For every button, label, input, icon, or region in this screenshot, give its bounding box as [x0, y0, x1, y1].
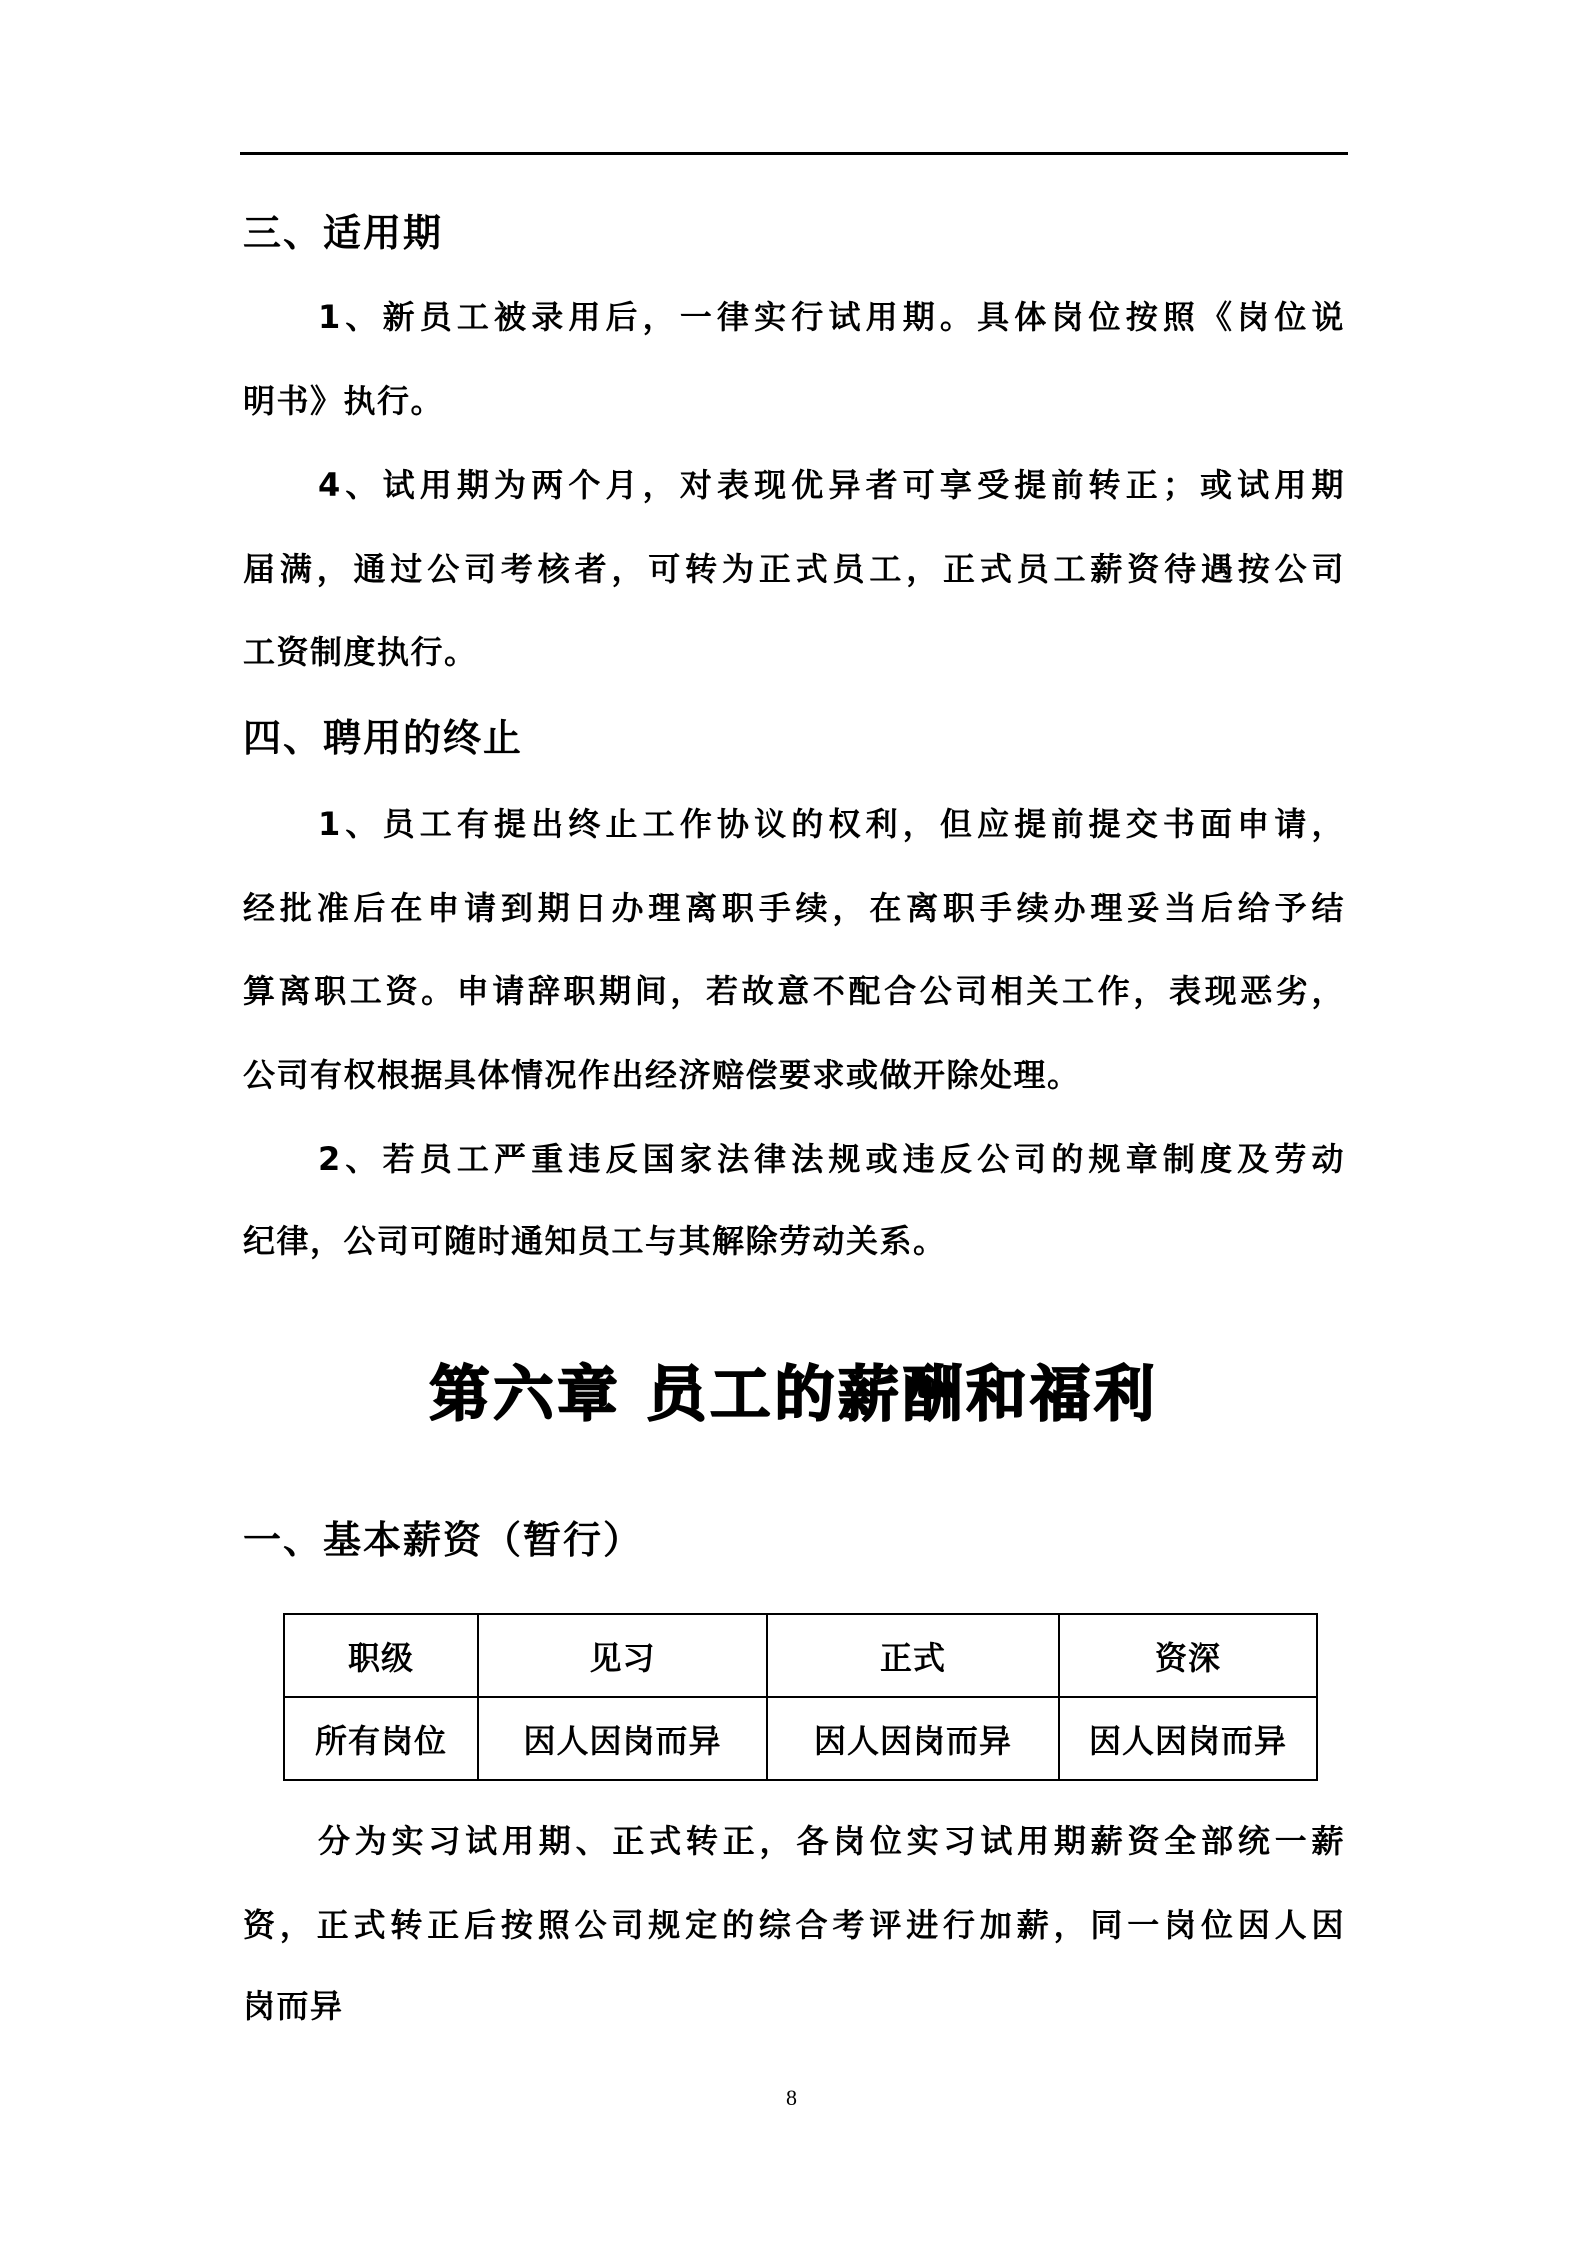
section-heading-probation: 三、适用期	[243, 210, 443, 256]
table-header-cell: 见习	[478, 1614, 767, 1697]
header-rule	[240, 152, 1348, 155]
paragraph-line: 明书》执行。	[243, 381, 1345, 421]
paragraph-line: 经批准后在申请到期日办理离职手续，在离职手续办理妥当后给予结	[243, 888, 1345, 928]
table-cell: 因人因岗而异	[478, 1697, 767, 1780]
table-cell: 因人因岗而异	[1059, 1697, 1317, 1780]
table-cell: 所有岗位	[284, 1697, 478, 1780]
paragraph-line: 1、新员工被录用后，一律实行试用期。具体岗位按照《岗位说	[318, 297, 1345, 337]
table-header-cell: 正式	[767, 1614, 1059, 1697]
chapter-title: 第六章 员工的薪酬和福利	[243, 1355, 1345, 1435]
section-heading-basic-salary: 一、基本薪资（暂行）	[243, 1517, 643, 1563]
salary-table: 职级 见习 正式 资深 所有岗位 因人因岗而异 因人因岗而异 因人因岗而异	[283, 1613, 1318, 1781]
paragraph-line: 工资制度执行。	[243, 632, 1345, 672]
table-cell: 因人因岗而异	[767, 1697, 1059, 1780]
table-header-row: 职级 见习 正式 资深	[284, 1614, 1317, 1697]
paragraph-line: 公司有权根据具体情况作出经济赔偿要求或做开除处理。	[243, 1055, 1345, 1095]
paragraph-line: 2、若员工严重违反国家法律法规或违反公司的规章制度及劳动	[318, 1139, 1345, 1179]
paragraph-line: 纪律，公司可随时通知员工与其解除劳动关系。	[243, 1221, 1345, 1261]
section-heading-termination: 四、聘用的终止	[243, 715, 523, 761]
table-row: 所有岗位 因人因岗而异 因人因岗而异 因人因岗而异	[284, 1697, 1317, 1780]
paragraph-line: 岗而异	[243, 1986, 1345, 2026]
paragraph-line: 届满，通过公司考核者，可转为正式员工，正式员工薪资待遇按公司	[243, 549, 1345, 589]
paragraph-line: 1、员工有提出终止工作协议的权利，但应提前提交书面申请，	[318, 804, 1345, 844]
paragraph-line: 资，正式转正后按照公司规定的综合考评进行加薪，同一岗位因人因	[243, 1905, 1345, 1945]
table-header-cell: 职级	[284, 1614, 478, 1697]
paragraph-line: 4、试用期为两个月，对表现优异者可享受提前转正；或试用期	[318, 465, 1345, 505]
table-header-cell: 资深	[1059, 1614, 1317, 1697]
paragraph-line: 算离职工资。申请辞职期间，若故意不配合公司相关工作，表现恶劣，	[243, 971, 1345, 1011]
page-number: 8	[786, 2084, 797, 2112]
paragraph-line: 分为实习试用期、正式转正，各岗位实习试用期薪资全部统一薪	[318, 1821, 1345, 1861]
